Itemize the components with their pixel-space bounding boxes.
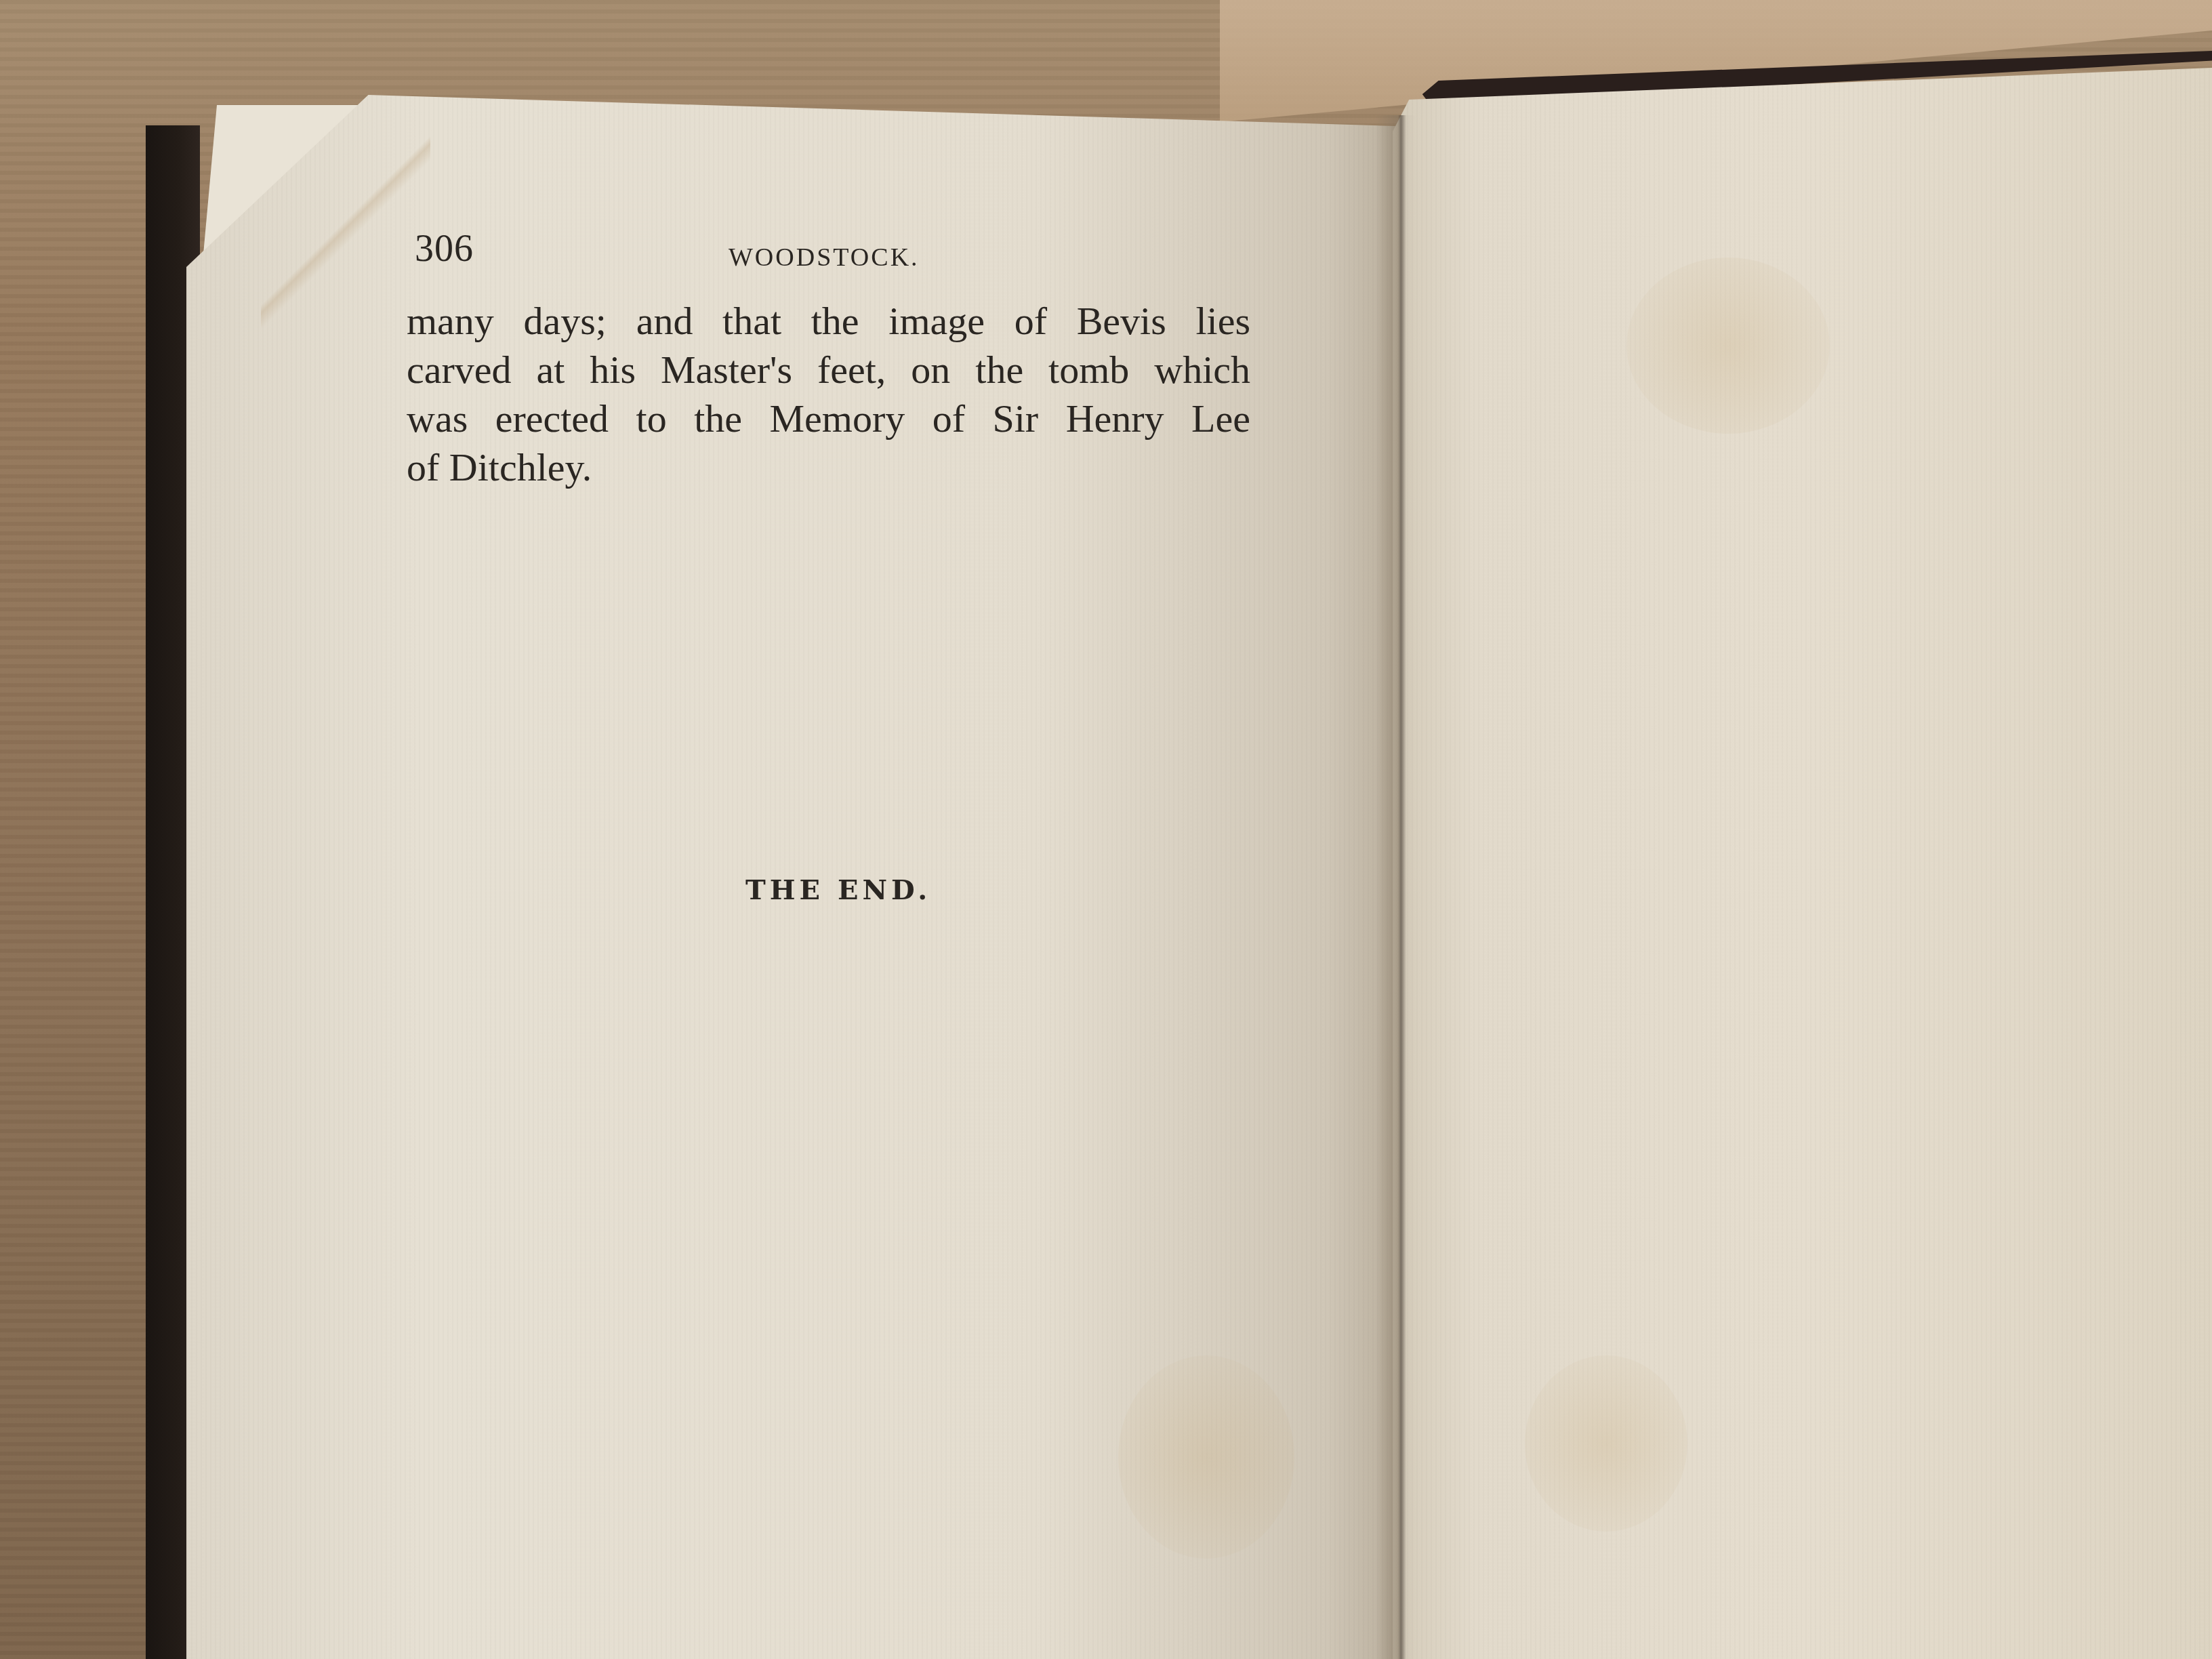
body-text-line: was erected to the Memory of Sir Henry L… [407,396,1250,441]
running-head: WOODSTOCK. [729,243,920,272]
paper-stain [1525,1355,1687,1532]
body-text-line: of Ditchley. [407,445,1250,490]
the-end-closing: THE END. [745,874,931,906]
paper-stain [1626,258,1830,434]
body-text-line: carved at his Master's feet, on the tomb… [407,347,1250,392]
book-gutter [1376,115,1416,1659]
page-number: 306 [415,227,474,270]
body-text-line: many days; and that the image of Bevis l… [407,298,1250,344]
dog-ear-fold-crease [261,98,430,342]
paper-stain [1118,1355,1294,1559]
